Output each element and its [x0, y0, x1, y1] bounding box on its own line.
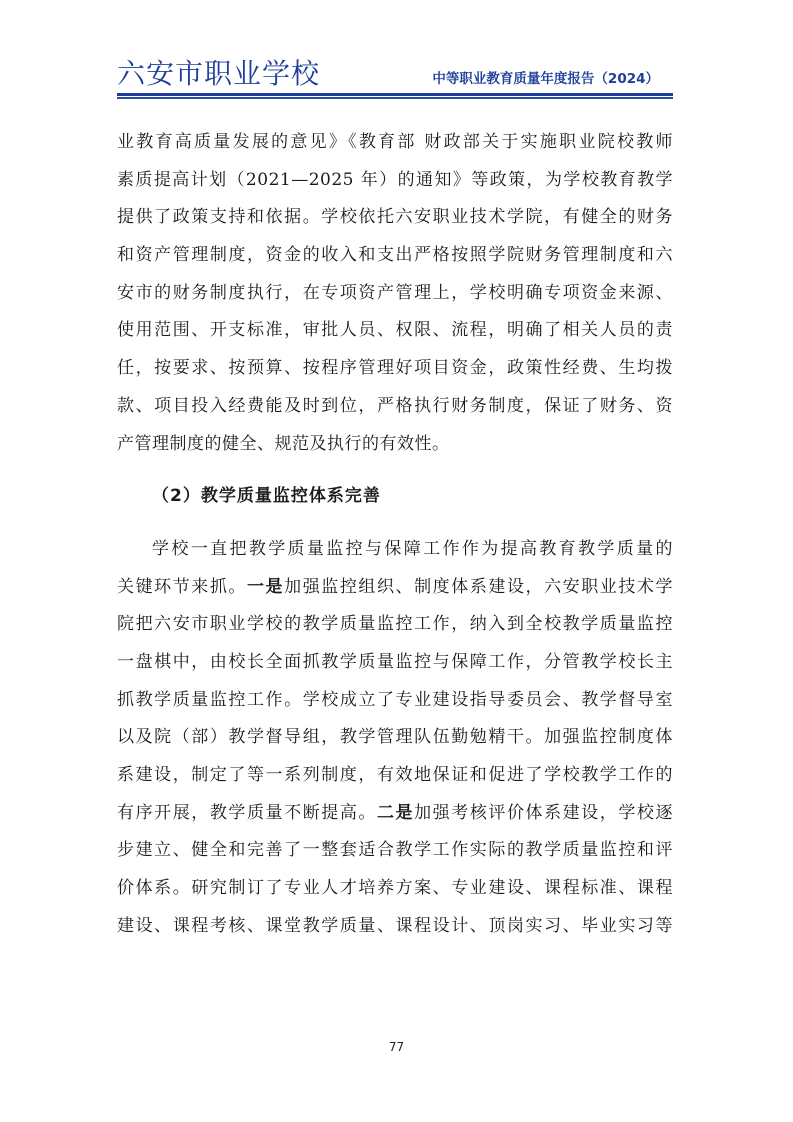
page-header: 六安市职业学校 中等职业教育质量年度报告（2024） — [117, 52, 673, 102]
text-line: 使用范围、开支标准，审批人员、权限、流程，明确了相关人员的责 — [117, 312, 673, 350]
text-line: 关键环节来抓。一是加强监控组织、制度体系建设，六安职业技术学 — [117, 569, 673, 607]
emphasis-first: 一是 — [247, 577, 284, 597]
text-run: 有序开展，教学质量不断提高。 — [117, 803, 377, 823]
report-title: 中等职业教育质量年度报告（2024） — [432, 70, 659, 88]
section-heading: （2）教学质量监控体系完善 — [117, 478, 673, 516]
text-line: 有序开展，教学质量不断提高。二是加强考核评价体系建设，学校逐 — [117, 795, 673, 833]
text-line: 安市的财务制度执行，在专项资产管理上，学校明确专项资金来源、 — [117, 275, 673, 313]
text-line: 建设、课程考核、课堂教学质量、课程设计、顶岗实习、毕业实习等 — [117, 908, 673, 946]
text-line: 院把六安市职业学校的教学质量监控工作，纳入到全校教学质量监控 — [117, 606, 673, 644]
text-line: 素质提高计划（2021—2025 年）的通知》等政策，为学校教育教学 — [117, 162, 673, 200]
text-line: 价体系。研究制订了专业人才培养方案、专业建设、课程标准、课程 — [117, 870, 673, 908]
text-run: 加强监控组织、制度体系建设，六安职业技术学 — [284, 577, 673, 597]
text-line: 业教育高质量发展的意见》《教育部 财政部关于实施职业院校教师 — [117, 124, 673, 162]
page-body: 业教育高质量发展的意见》《教育部 财政部关于实施职业院校教师 素质提高计划（20… — [117, 124, 673, 945]
text-line: 学校一直把教学质量监控与保障工作作为提高教育教学质量的 — [117, 531, 673, 569]
text-run: 加强考核评价体系建设，学校逐 — [414, 803, 673, 823]
text-line: 提供了政策支持和依据。学校依托六安职业技术学院，有健全的财务 — [117, 199, 673, 237]
text-line: 抓教学质量监控工作。学校成立了专业建设指导委员会、教学督导室 — [117, 682, 673, 720]
text-line: 任，按要求、按预算、按程序管理好项目资金，政策性经费、生均拨 — [117, 350, 673, 388]
page-number: 77 — [0, 1040, 793, 1054]
header-rule-thick — [117, 93, 673, 96]
text-run: 关键环节来抓。 — [117, 577, 247, 597]
text-line: 系建设，制定了等一系列制度，有效地保证和促进了学校教学工作的 — [117, 757, 673, 795]
emphasis-second: 二是 — [377, 803, 414, 823]
school-name: 六安市职业学校 — [117, 58, 320, 90]
paragraph-quality-monitoring: 学校一直把教学质量监控与保障工作作为提高教育教学质量的 关键环节来抓。一是加强监… — [117, 531, 673, 946]
paragraph-finance: 业教育高质量发展的意见》《教育部 财政部关于实施职业院校教师 素质提高计划（20… — [117, 124, 673, 463]
text-line: 产管理制度的健全、规范及执行的有效性。 — [117, 426, 673, 464]
text-line: 以及院（部）教学督导组，教学管理队伍勤勉精干。加强监控制度体 — [117, 719, 673, 757]
text-line: 步建立、健全和完善了一整套适合教学工作实际的教学质量监控和评 — [117, 832, 673, 870]
text-line: 款、项目投入经费能及时到位，严格执行财务制度，保证了财务、资 — [117, 388, 673, 426]
text-line: 一盘棋中，由校长全面抓教学质量监控与保障工作，分管教学校长主 — [117, 644, 673, 682]
text-line: 和资产管理制度，资金的收入和支出严格按照学院财务管理制度和六 — [117, 237, 673, 275]
header-rule-thin — [117, 97, 673, 99]
